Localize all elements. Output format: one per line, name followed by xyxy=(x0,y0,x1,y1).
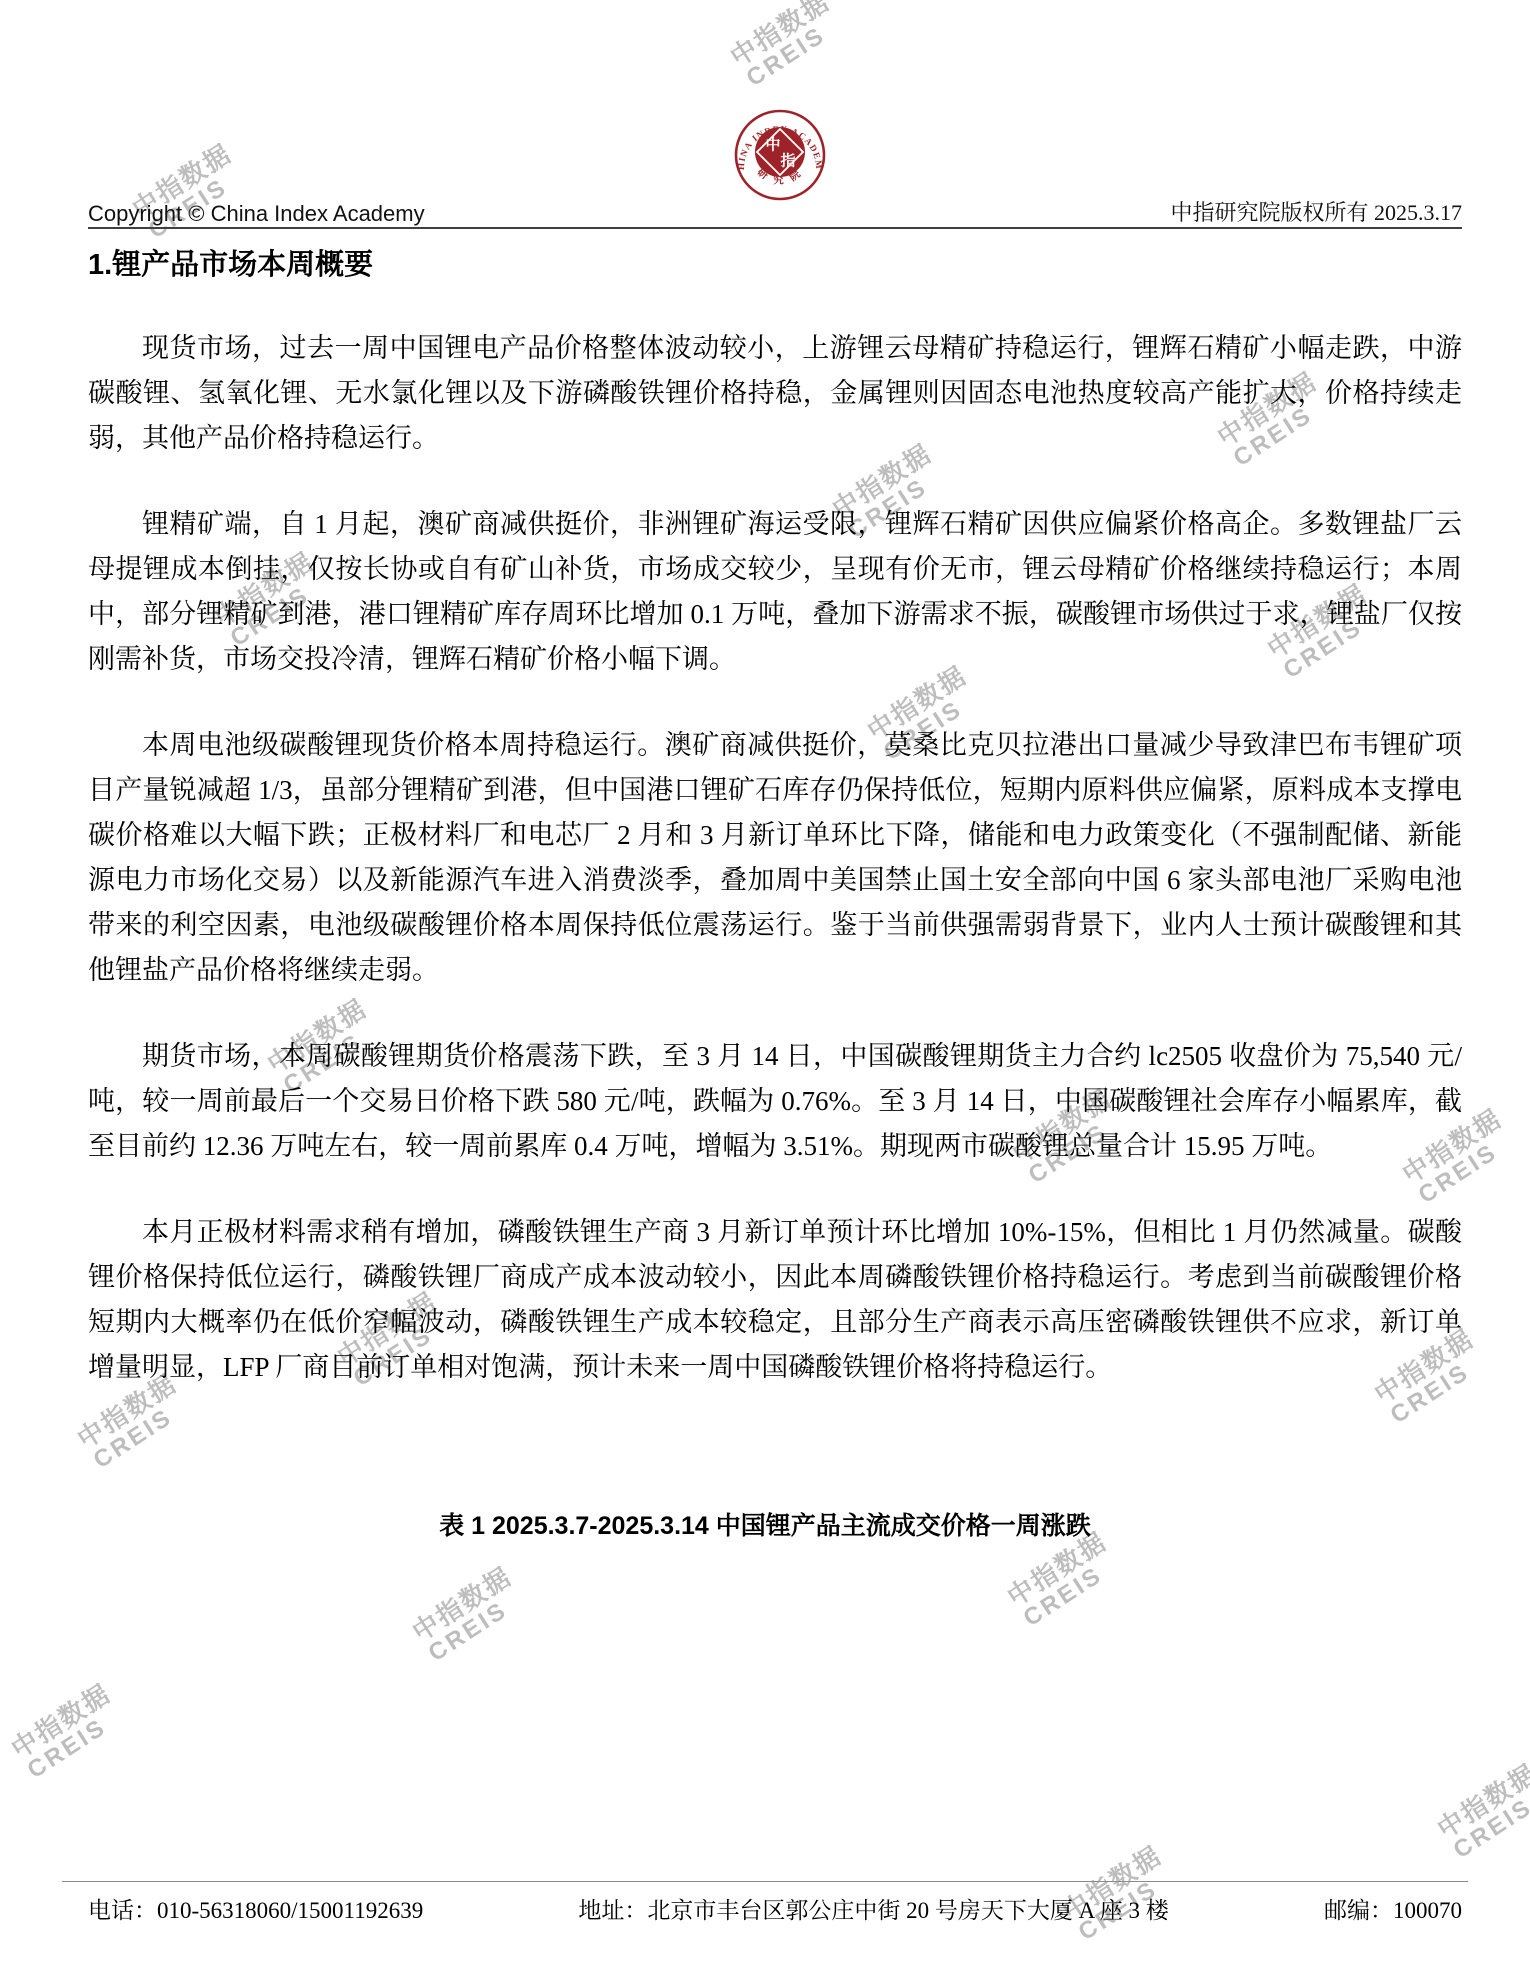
header-divider xyxy=(88,227,1462,229)
footer-divider xyxy=(62,1881,1468,1882)
copyright-right: 中指研究院版权所有 2025.3.17 xyxy=(1170,196,1462,227)
china-index-academy-logo-icon: CHINA INDEX ACADEMY 研 究 院 中 指 xyxy=(733,108,827,202)
body-text: 现货市场，过去一周中国锂电产品价格整体波动较小，上游锂云母精矿持稳运行，锂辉石精… xyxy=(88,326,1462,1431)
footer-postcode: 邮编：100070 xyxy=(1324,1892,1462,1925)
logo-char-zhi: 指 xyxy=(779,153,795,170)
header-row: Copyright © China Index Academy 中指研究院版权所… xyxy=(88,196,1462,227)
section-title: 1.锂产品市场本周概要 xyxy=(88,242,373,283)
copyright-left: Copyright © China Index Academy xyxy=(88,201,425,227)
paragraph-lfp-outlook: 本月正极材料需求稍有增加，磷酸铁锂生产商 3 月新订单预计环比增加 10%-15… xyxy=(88,1210,1462,1390)
paragraph-carbonate-spot: 本周电池级碳酸锂现货价格本周持稳运行。澳矿商减供挺价，莫桑比克贝拉港出口量减少导… xyxy=(88,723,1462,993)
paragraph-futures-market: 期货市场，本周碳酸锂期货价格震荡下跌，至 3 月 14 日，中国碳酸锂期货主力合… xyxy=(88,1034,1462,1169)
table-caption: 表 1 2025.3.7-2025.3.14 中国锂产品主流成交价格一周涨跌 xyxy=(0,1506,1530,1542)
footer-phone: 电话：010-56318060/15001192639 xyxy=(88,1892,423,1925)
footer-address: 地址：北京市丰台区郭公庄中街 20 号房天下大厦 A 座 3 楼 xyxy=(578,1892,1168,1925)
paragraph-spot-market: 现货市场，过去一周中国锂电产品价格整体波动较小，上游锂云母精矿持稳运行，锂辉石精… xyxy=(88,326,1462,461)
page-content: CHINA INDEX ACADEMY 研 究 院 中 指 Copyright … xyxy=(0,0,1530,1980)
paragraph-concentrate: 锂精矿端，自 1 月起，澳矿商减供挺价，非洲锂矿海运受限，锂辉石精矿因供应偏紧价… xyxy=(88,502,1462,682)
document-page: { "header": { "copyright_left": "Copyrig… xyxy=(0,0,1530,1980)
logo-char-zhong: 中 xyxy=(765,137,780,154)
footer-row: 电话：010-56318060/15001192639 地址：北京市丰台区郭公庄… xyxy=(88,1892,1462,1925)
